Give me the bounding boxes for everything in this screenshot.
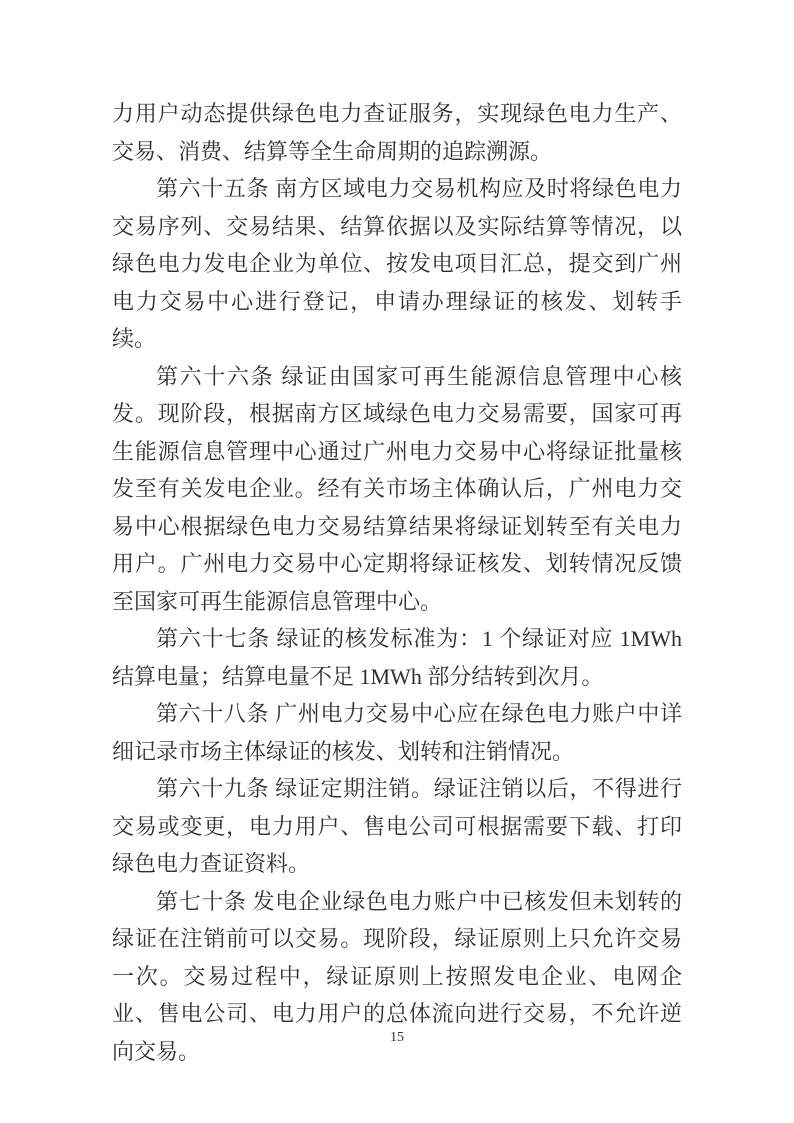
paragraph-article-65: 第六十五条 南方区域电力交易机构应及时将绿色电力交易序列、交易结果、结算依据以及…	[112, 170, 682, 358]
paragraph-article-66: 第六十六条 绿证由国家可再生能源信息管理中心核发。现阶段，根据南方区域绿色电力交…	[112, 358, 682, 621]
paragraph-article-67: 第六十七条 绿证的核发标准为：1 个绿证对应 1MWh 结算电量；结算电量不足 …	[112, 620, 682, 695]
document-body: 力用户动态提供绿色电力查证服务，实现绿色电力生产、交易、消费、结算等全生命周期的…	[112, 95, 682, 1070]
page-number: 15	[0, 1030, 794, 1046]
paragraph-article-68: 第六十八条 广州电力交易中心应在绿色电力账户中详细记录市场主体绿证的核发、划转和…	[112, 695, 682, 770]
document-page: 力用户动态提供绿色电力查证服务，实现绿色电力生产、交易、消费、结算等全生命周期的…	[0, 0, 794, 1123]
paragraph-continuation: 力用户动态提供绿色电力查证服务，实现绿色电力生产、交易、消费、结算等全生命周期的…	[112, 95, 682, 170]
paragraph-article-69: 第六十九条 绿证定期注销。绿证注销以后，不得进行交易或变更，电力用户、售电公司可…	[112, 770, 682, 883]
